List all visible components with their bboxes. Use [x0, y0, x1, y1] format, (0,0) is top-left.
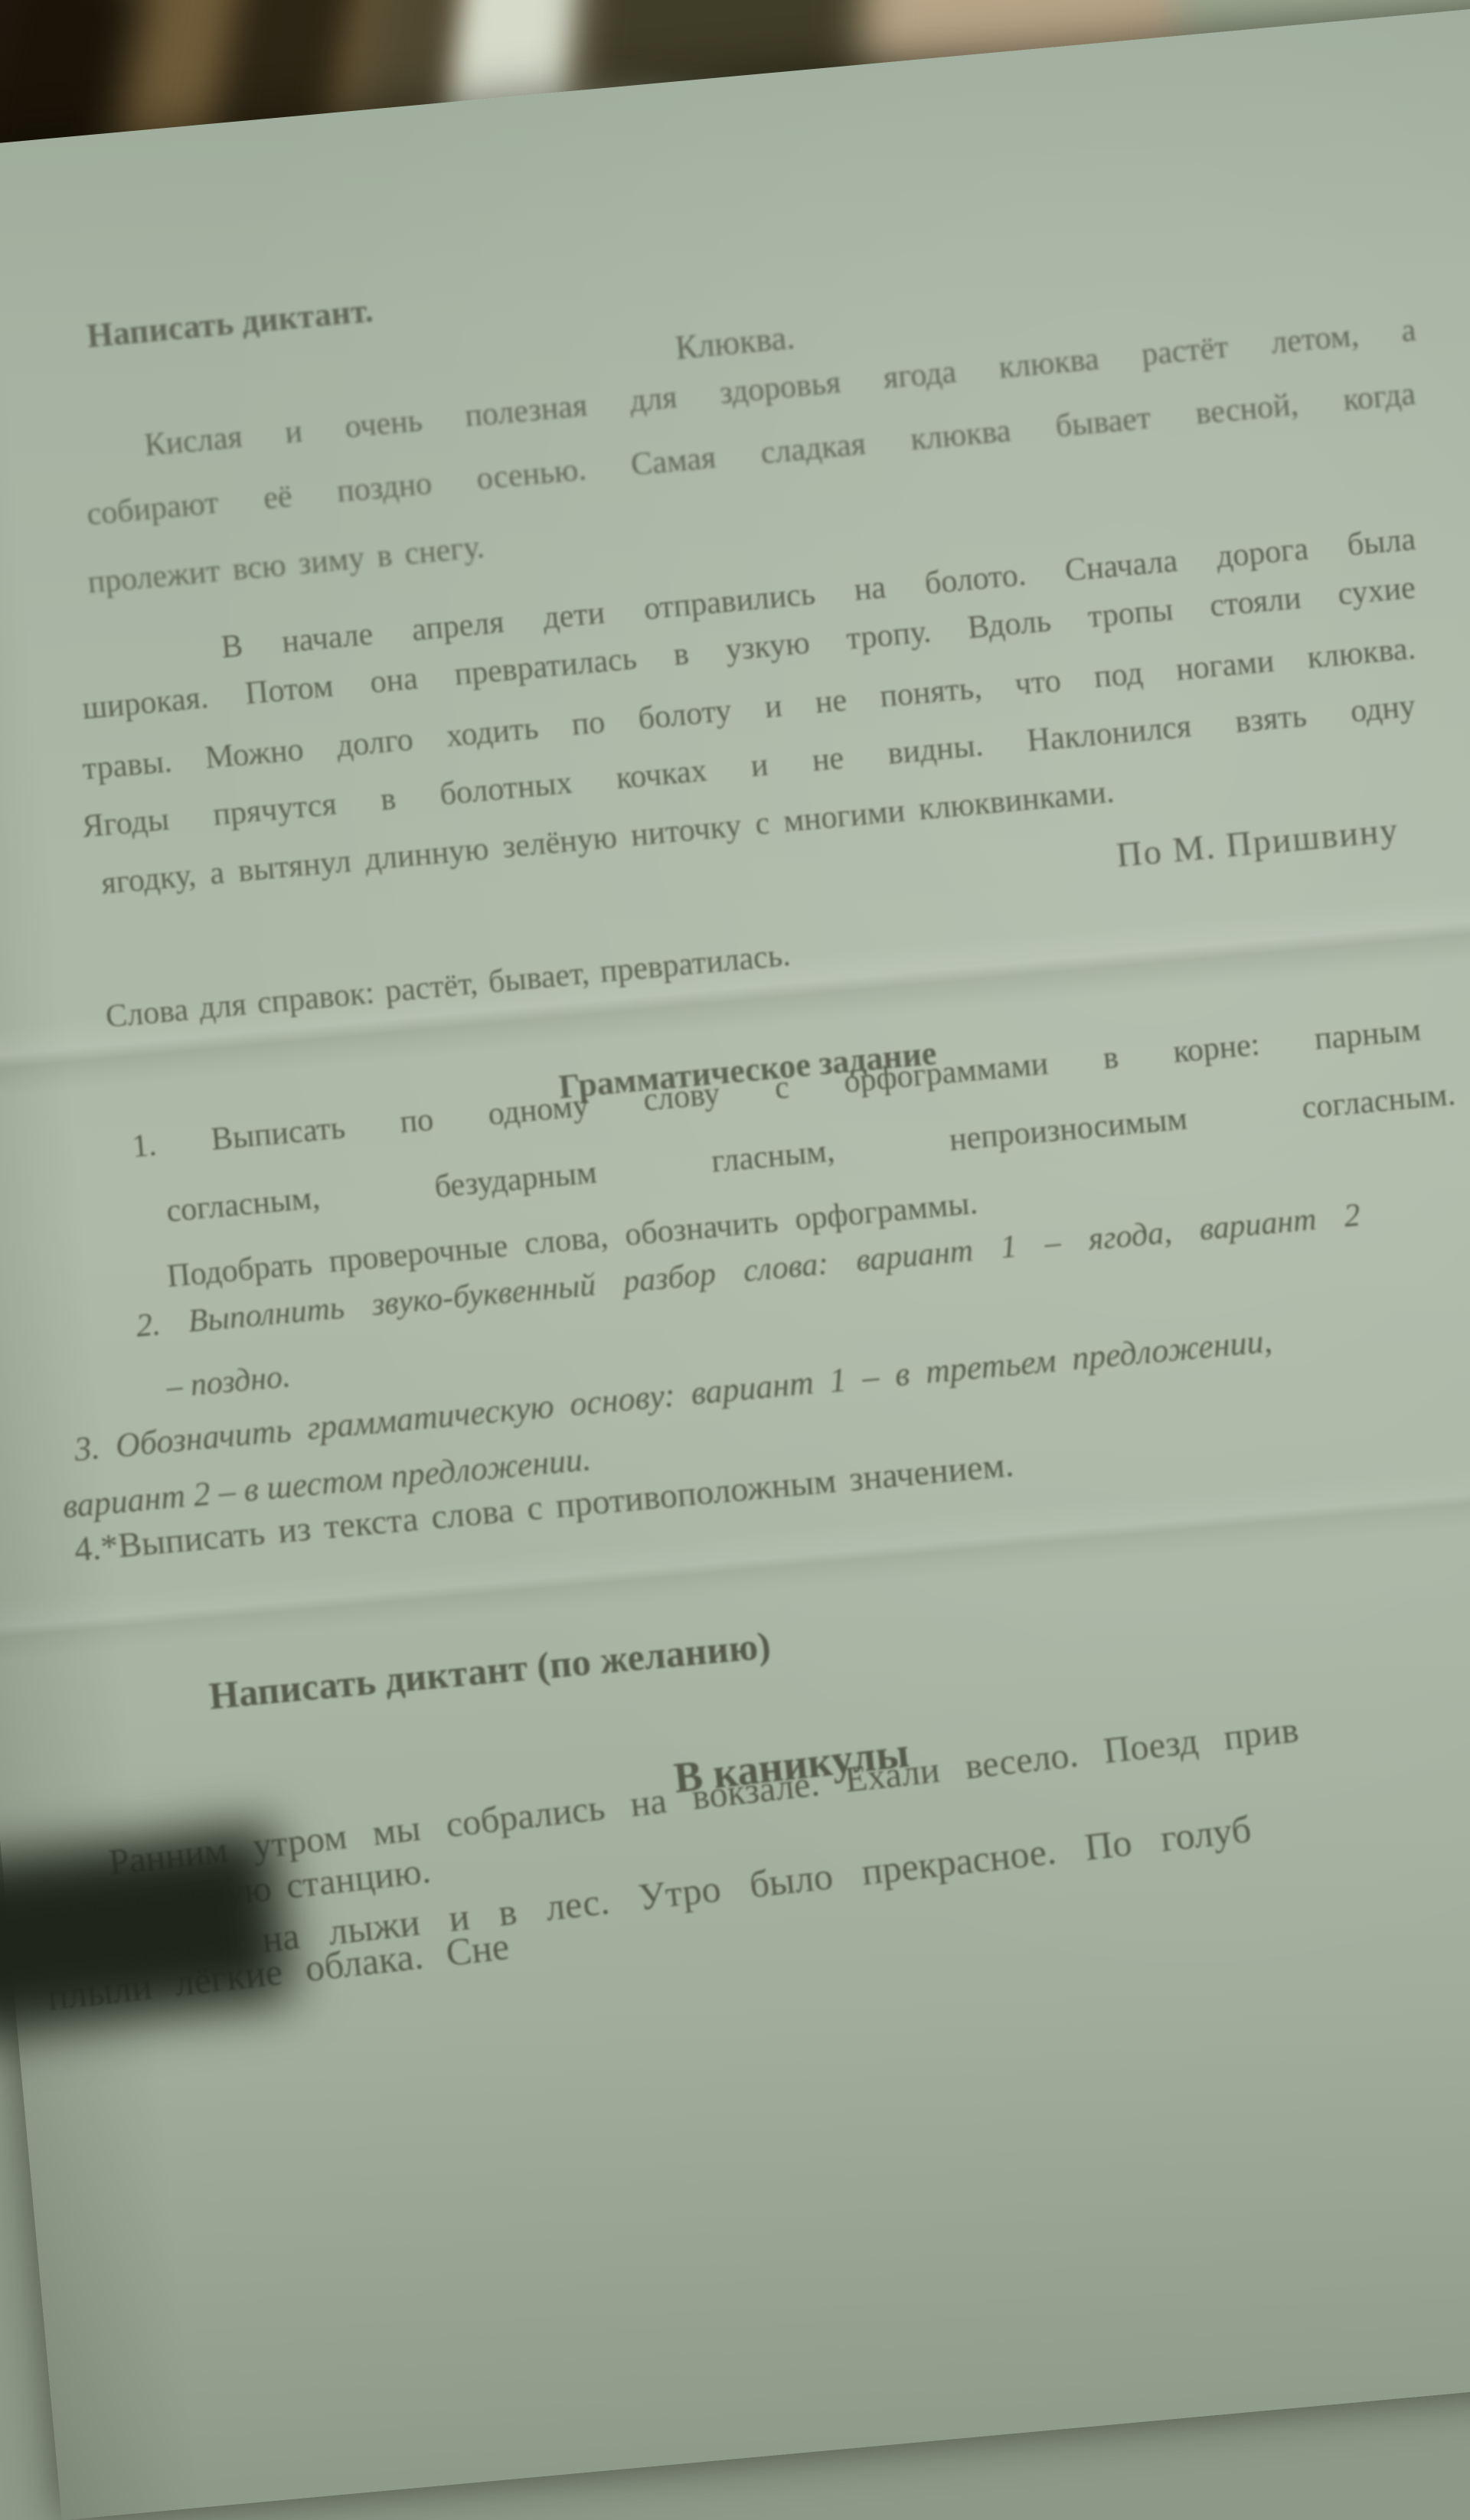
dictation1-para1-line: пролежит всю зиму в снегу. — [87, 529, 486, 602]
reference-words: Слова для справок: растёт, бывает, превр… — [104, 937, 792, 1037]
assignment-label: Написать диктант. — [85, 291, 374, 357]
optional-dictation-heading: Написать диктант (по желанию) — [207, 1623, 773, 1719]
task2-line: – поздно. — [165, 1358, 292, 1407]
dictation1-title: Клюква. — [674, 318, 796, 368]
attribution: По М. Пришвину — [1115, 809, 1400, 876]
paper-sheet: Написать диктант. Клюква. Кислая и очень… — [0, 0, 1470, 1960]
